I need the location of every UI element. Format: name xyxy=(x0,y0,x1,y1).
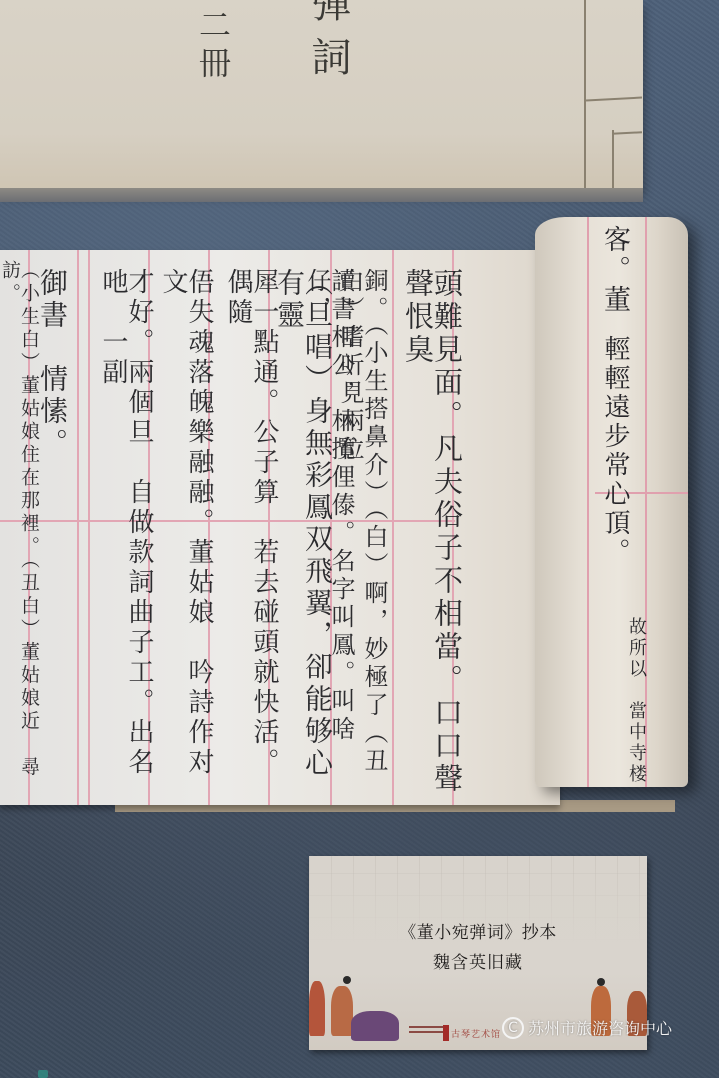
teal-marker xyxy=(38,1070,48,1078)
painted-figure-head xyxy=(343,976,351,984)
painted-figure-head xyxy=(597,978,605,986)
rolled-column: 輕輕遠步常心頂。 xyxy=(597,335,634,567)
card-seal-text: 古琴艺术馆 xyxy=(451,1027,501,1040)
card-subtitle: 魏含英旧藏 xyxy=(309,948,647,973)
painted-figure xyxy=(309,981,325,1036)
bound-book-cover: 彈詞 二冊 xyxy=(0,0,643,190)
book-title-left: 二冊 xyxy=(190,8,236,84)
manuscript-page: 頭難見面。凡夫俗子不相當。口口聲聲恨臭 銅。（小生搭鼻介）（白）啊，妙極了（丑白… xyxy=(0,250,560,805)
ruling-line xyxy=(392,250,394,805)
rolled-column: 故所以 當中寺楼 xyxy=(623,617,649,785)
book-spine-line xyxy=(612,130,614,190)
manuscript-column: 犀一點通。公子算 若去碰頭就快活。偶隨 xyxy=(225,268,277,798)
card-seal xyxy=(443,1025,449,1041)
ruling-line xyxy=(587,217,589,787)
rolled-column: 客。董 xyxy=(595,225,634,315)
manuscript-column: 才好。兩個旦 自做款詞曲子工。出名吔 一副 xyxy=(100,268,152,798)
book-bottom-edge xyxy=(0,188,643,202)
watermark: C 苏州市旅游咨询中心 xyxy=(502,1016,672,1039)
book-title-right: 彈詞 xyxy=(300,0,357,90)
painted-object-purple xyxy=(351,1011,399,1041)
manuscript-column: （旦唱）身無彩鳳双飛翼，卻能够心有靈 xyxy=(275,268,331,798)
manuscript-column: （小生白）董姑娘住在那裡。（丑白）董姑娘近 尋訪。 xyxy=(0,260,38,790)
book-stitch xyxy=(586,97,642,102)
book-stitch xyxy=(612,131,642,135)
ruling-line xyxy=(77,250,79,805)
book-spine-line xyxy=(584,0,586,190)
watermark-text: 苏州市旅游咨询中心 xyxy=(528,1016,672,1039)
copyright-icon: C xyxy=(502,1017,524,1039)
painted-figure xyxy=(331,986,353,1036)
manuscript-column: 頭難見面。凡夫俗子不相當。口口聲聲恨臭 xyxy=(403,268,461,798)
rolled-scroll-end: 客。董 輕輕遠步常心頂。 故所以 當中寺楼 xyxy=(535,217,688,787)
manuscript-column: 御書 情愫。 xyxy=(38,268,66,798)
ruling-line xyxy=(88,250,90,805)
manuscript-column: 俉失魂落魄樂融融。董姑娘 吟詩作对文 xyxy=(160,268,212,798)
card-title: 《董小宛弹词》抄本 xyxy=(309,918,647,943)
